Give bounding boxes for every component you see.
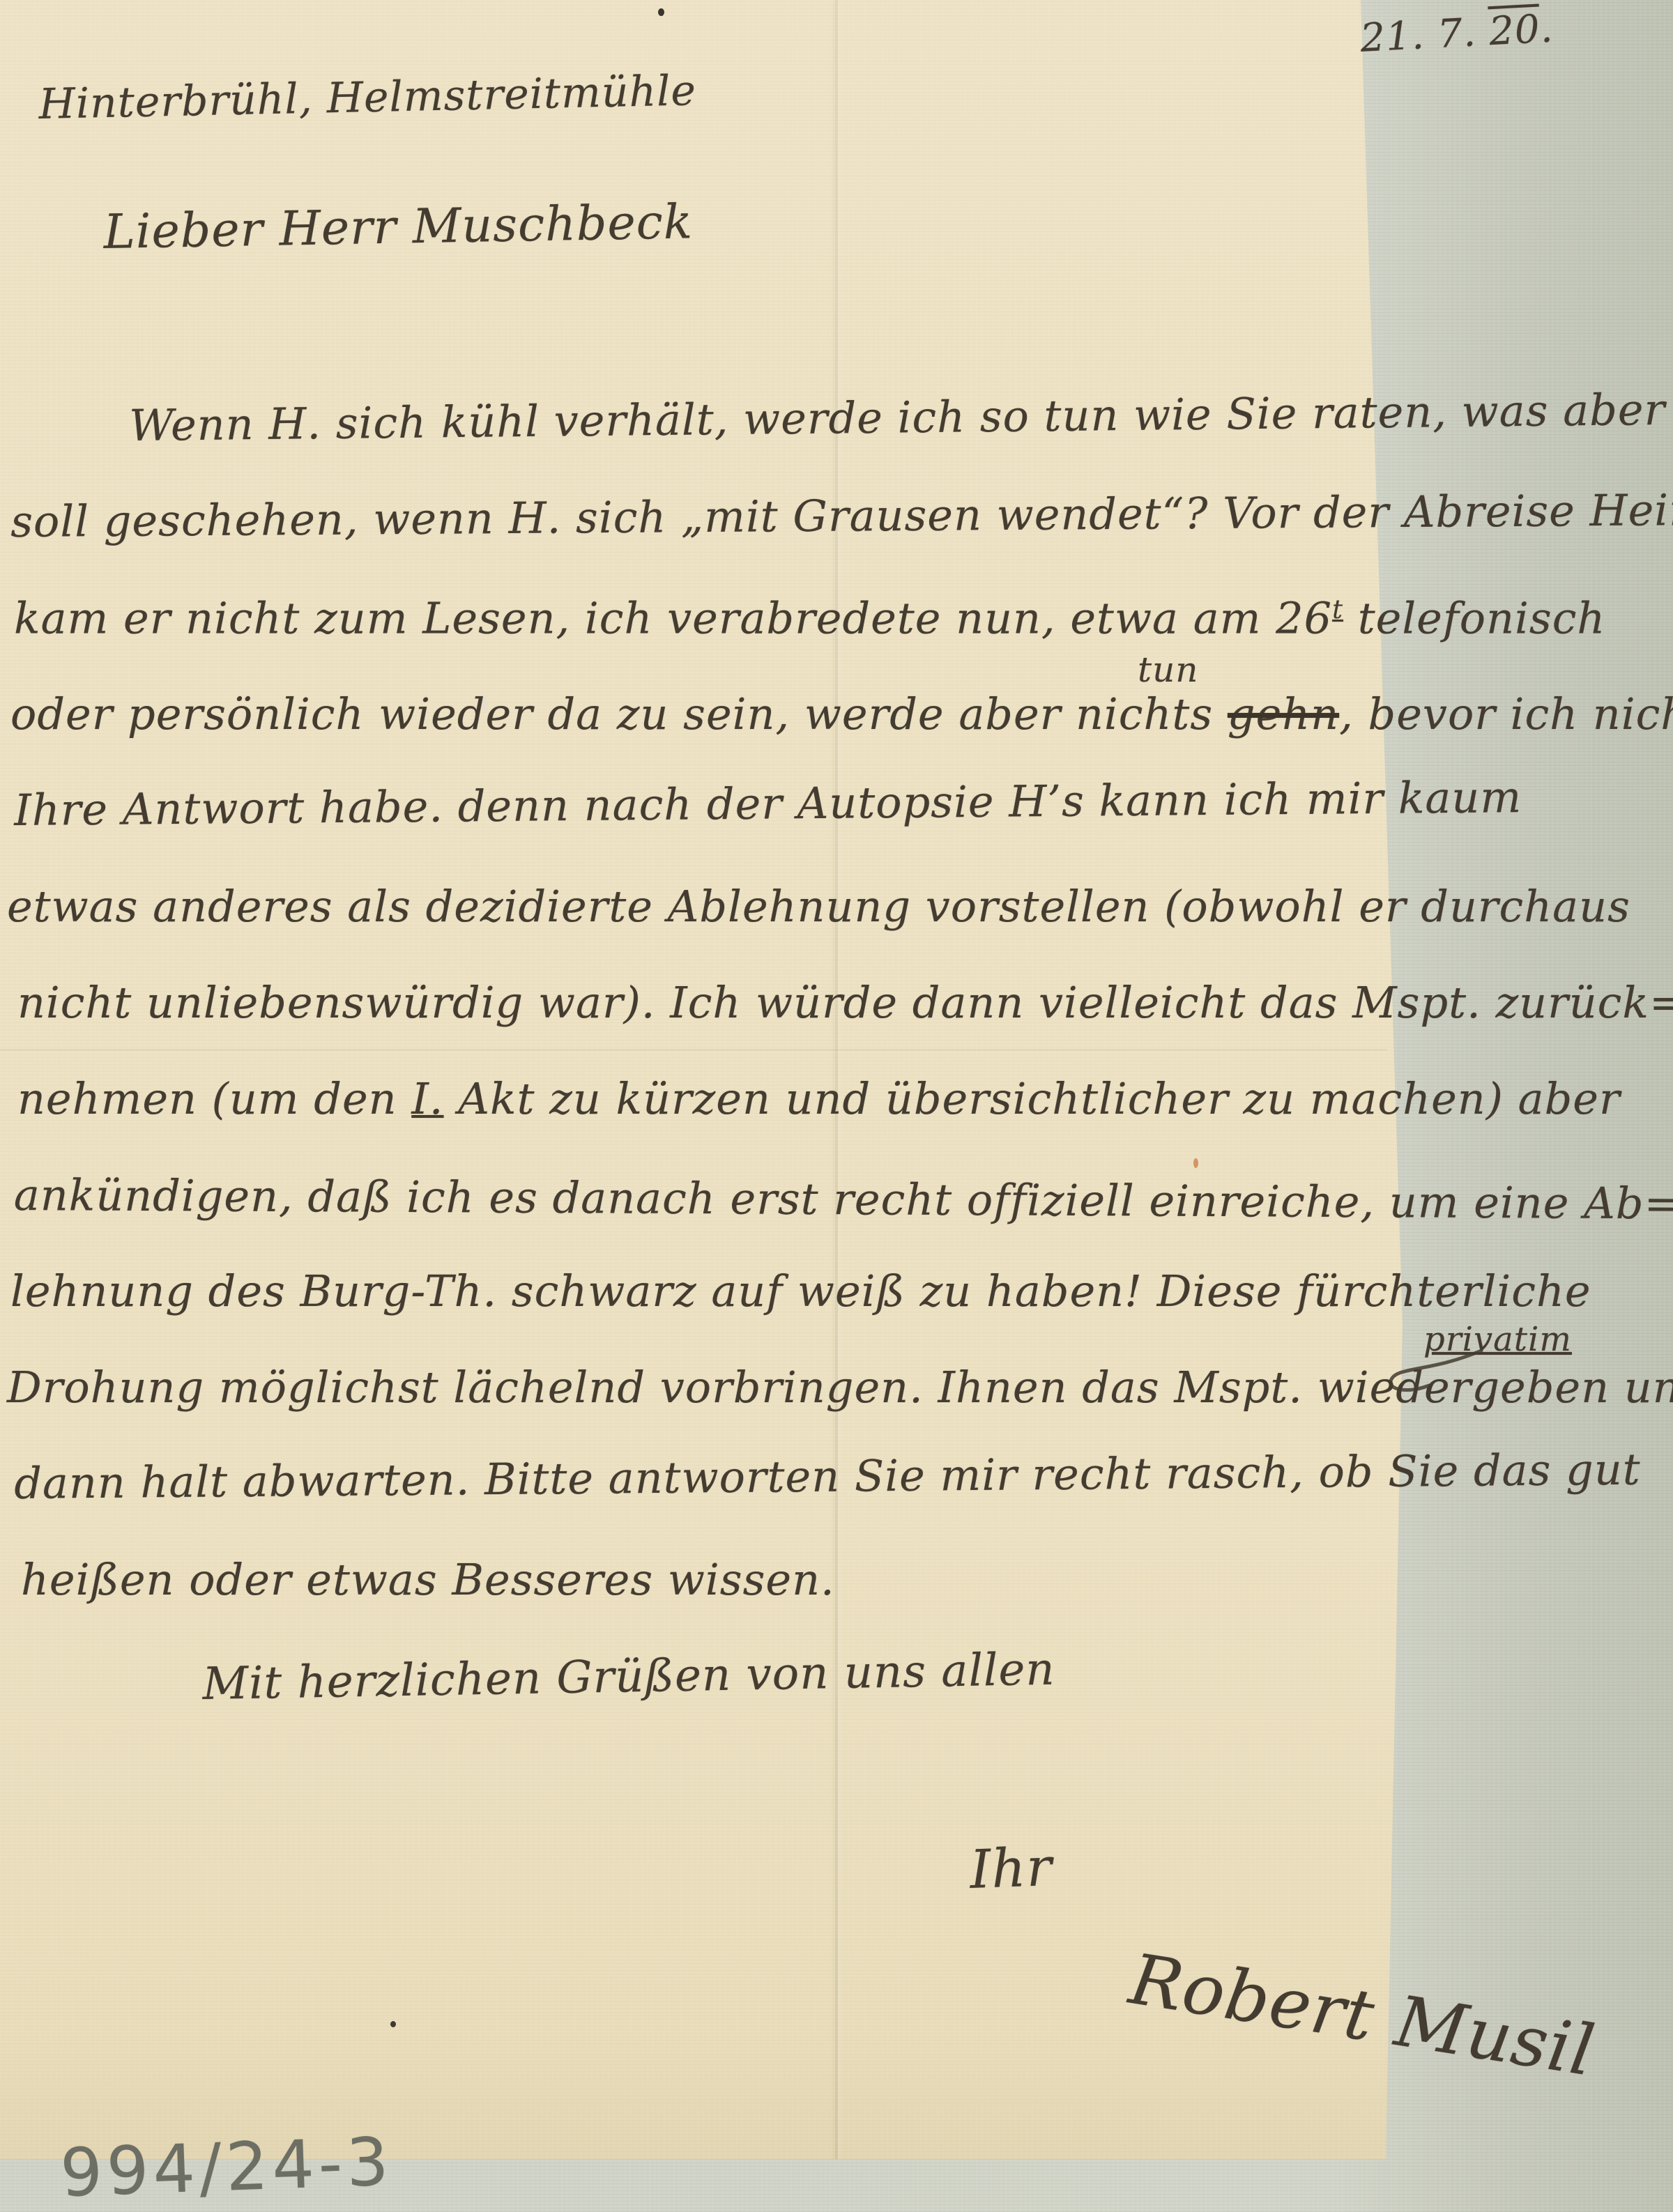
body-line: lehnung des Burg-Th. schwarz auf weiß zu…	[10, 1270, 1591, 1313]
body-line: kam er nicht zum Lesen, ich verabredete …	[14, 597, 1605, 640]
body-line-segment: geben und	[1472, 1362, 1673, 1413]
valediction: Ihr	[969, 1841, 1053, 1896]
struck-word: gehn	[1228, 689, 1339, 739]
body-line-segment: nehmen (um den	[17, 1073, 411, 1124]
ink-speck	[390, 2021, 396, 2027]
date-day-month: 21. 7.	[1359, 9, 1490, 61]
salutation: Lieber Herr Muschbeck	[103, 199, 694, 256]
body-line: ankündigen, daß ich es danach erst recht…	[14, 1174, 1673, 1226]
insertion-caret-mark	[1387, 1345, 1485, 1408]
place-line: Hinterbrühl, Helmstreitmühle	[38, 70, 696, 125]
body-line: heißen oder etwas Besseres wissen.	[21, 1558, 835, 1602]
date-period: .	[1539, 6, 1554, 52]
body-line: soll geschehen, wenn H. sich „mit Grause…	[10, 489, 1673, 544]
body-line-segment: telefonisch	[1343, 593, 1605, 644]
body-line: etwas anderes als dezidierte Ablehnung v…	[7, 885, 1630, 928]
ink-speck	[658, 8, 664, 16]
date-line: 21. 7. 20.	[1359, 9, 1554, 58]
superscript-ordinal: t	[1332, 594, 1343, 624]
body-line-segment: oder persönlich wieder da zu sein, werde…	[10, 689, 1228, 739]
body-line: nehmen (um den I. Akt zu kürzen und über…	[17, 1077, 1621, 1121]
body-line: Ihre Antwort habe. denn nach der Autopsi…	[14, 776, 1522, 832]
paper-speck	[1193, 1158, 1198, 1168]
interlinear-insertion: tun	[1138, 652, 1199, 687]
body-line: oder persönlich wieder da zu sein, werde…	[10, 693, 1673, 736]
fold-crease-horizontal	[0, 1049, 1387, 1051]
archive-number: 994/24-3	[59, 2129, 394, 2207]
body-line-segment: , bevor ich nicht	[1339, 689, 1673, 739]
body-line: dann halt abwarten. Bitte antworten Sie …	[14, 1448, 1641, 1505]
date-year-overlined: 20	[1488, 6, 1542, 54]
body-line-segment: Drohung möglichst lächelnd vorbringen. I…	[7, 1362, 1472, 1413]
body-line-segment: Akt zu kürzen und übersichtlicher zu mac…	[444, 1073, 1621, 1124]
underlined-act-number: I.	[411, 1073, 443, 1124]
body-line: nicht unliebenswürdig war). Ich würde da…	[17, 981, 1673, 1024]
body-line-segment: kam er nicht zum Lesen, ich verabredete …	[14, 593, 1332, 644]
